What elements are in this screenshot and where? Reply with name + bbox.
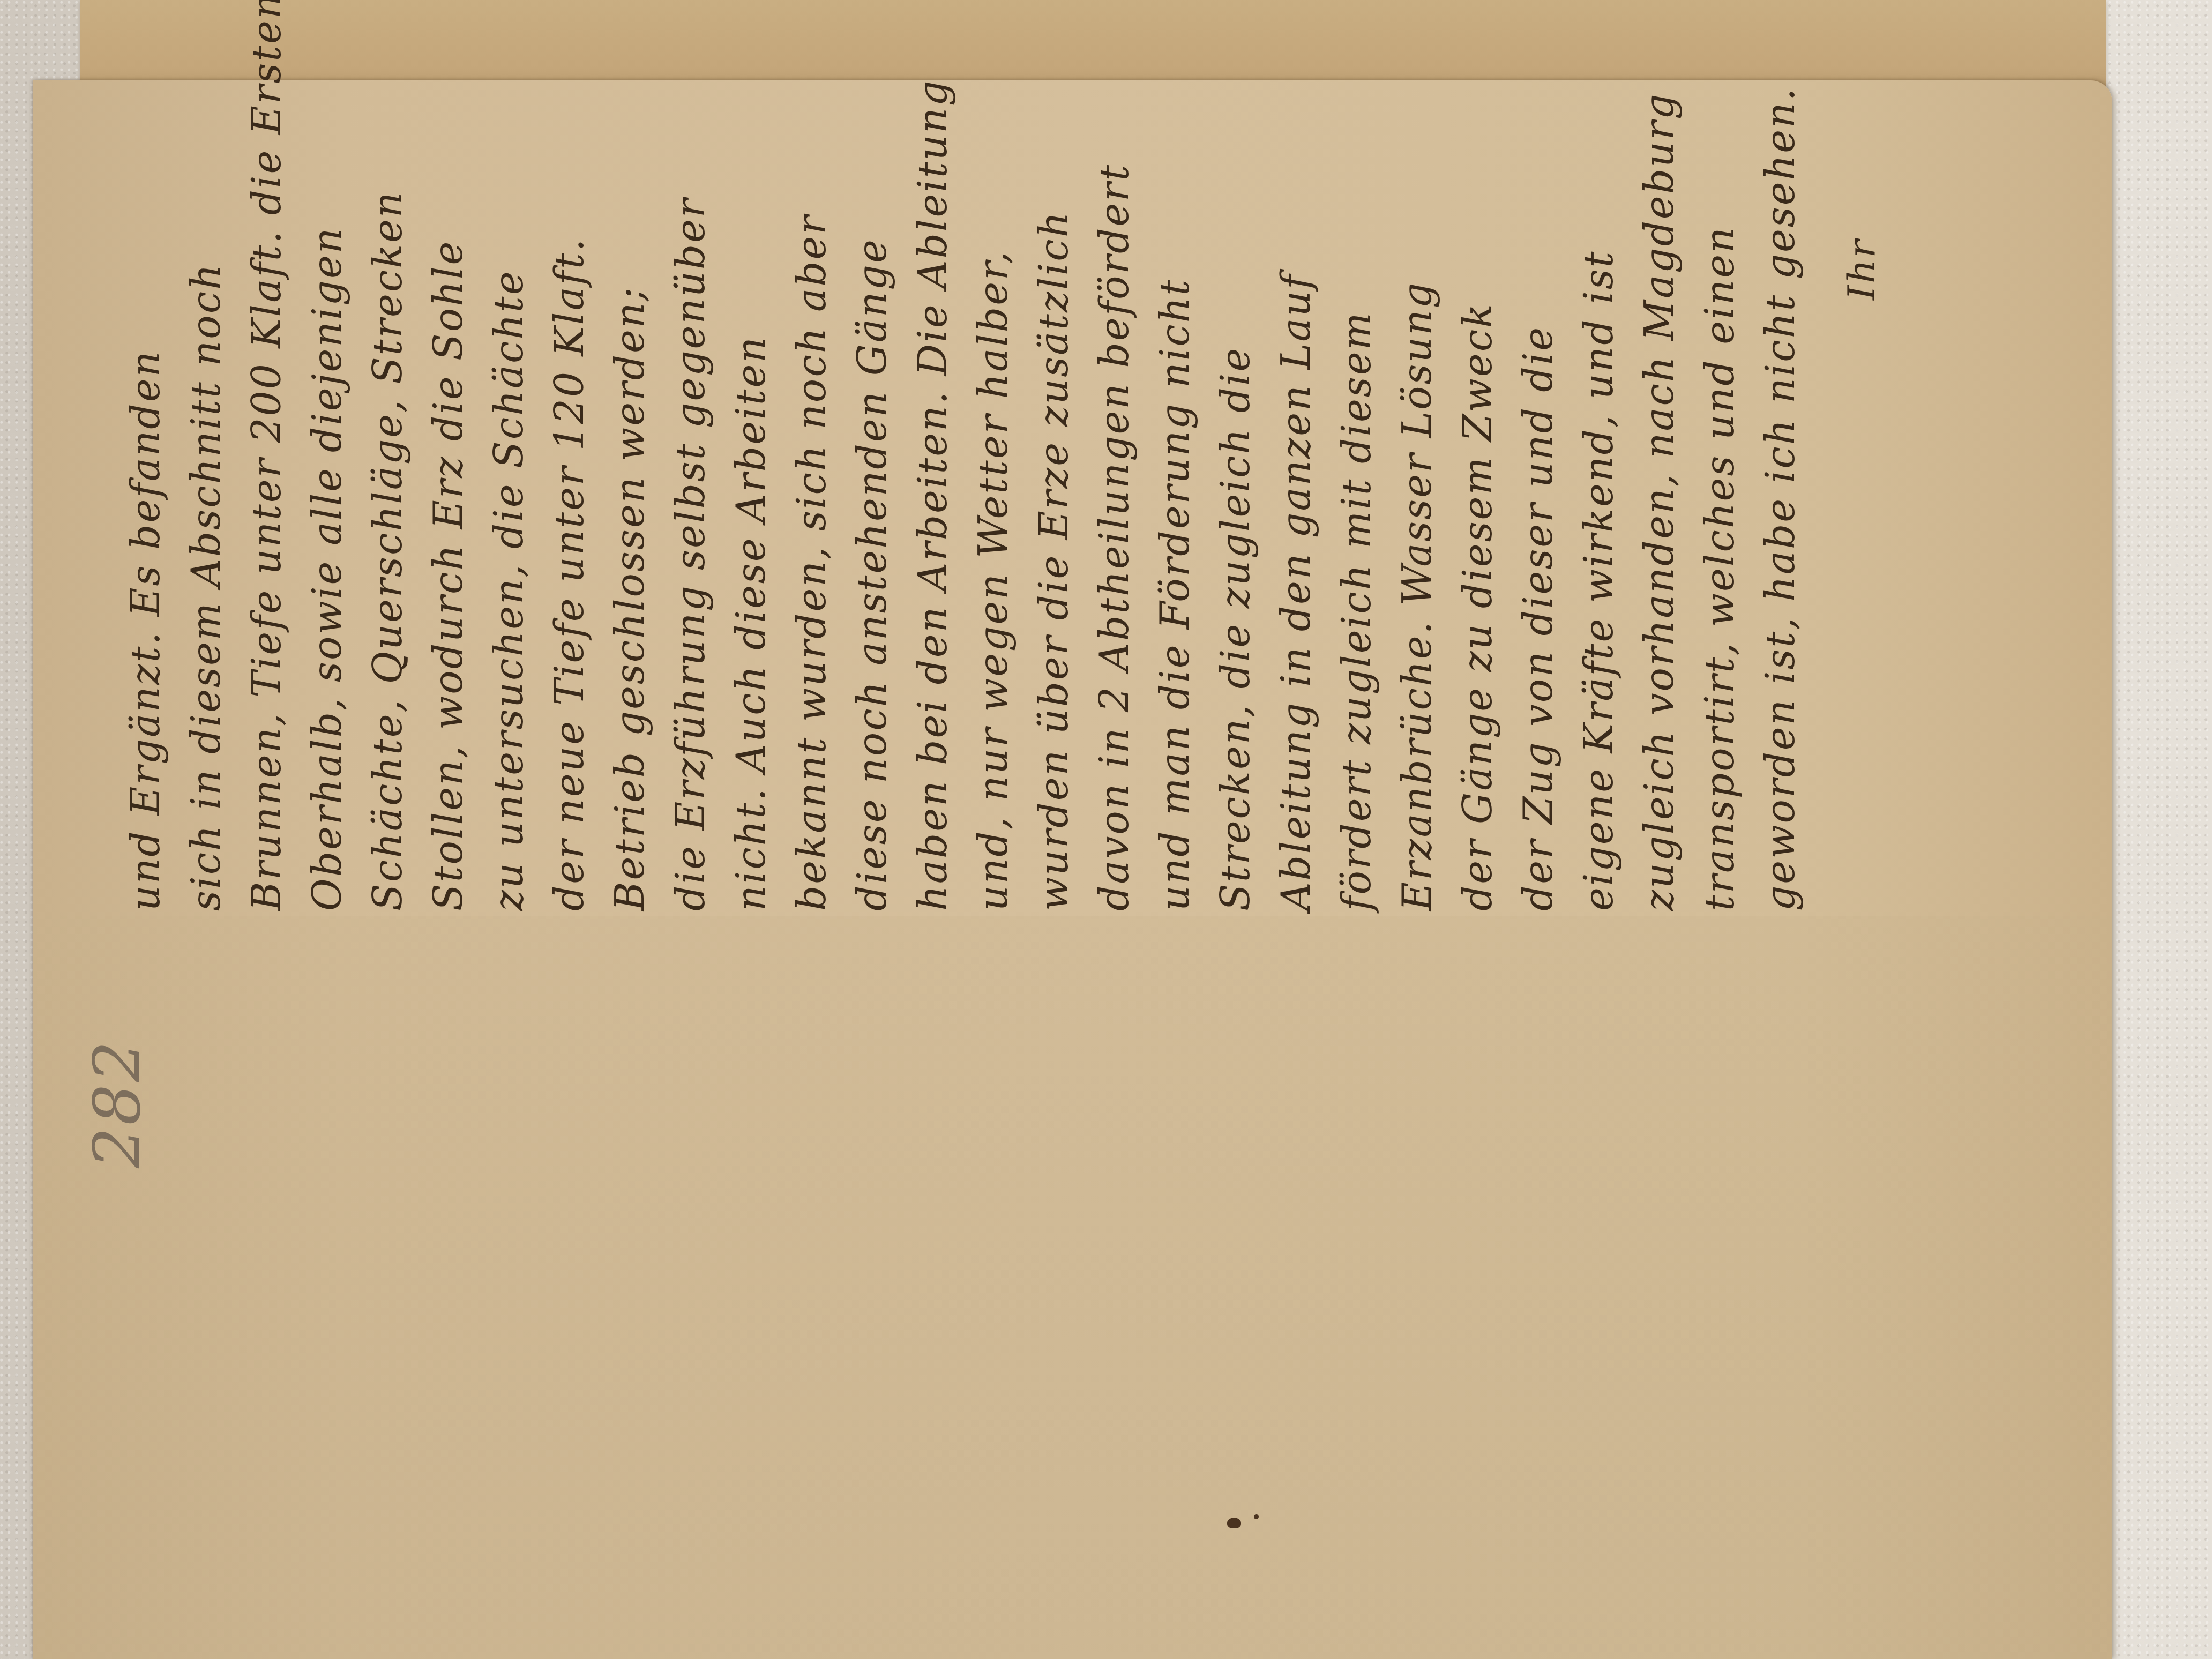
manuscript-line: zugleich vorhanden, nach Magdeburg bbox=[1640, 93, 1679, 911]
manuscript-line: und man die Förderung nicht bbox=[1155, 278, 1195, 911]
manuscript-line: haben bei den Arbeiten. Die Ableitung bbox=[913, 79, 953, 911]
manuscript-line: Erzanbrüche. Wasser Lösung bbox=[1398, 281, 1437, 911]
manuscript-line: die Erzführung selbst gegenüber bbox=[671, 197, 711, 911]
manuscript-line: Stollen, wodurch Erz die Sohle bbox=[429, 240, 468, 911]
manuscript-line: nicht. Auch diese Arbeiten bbox=[731, 335, 771, 911]
manuscript-line: fördert zugleich mit diesem bbox=[1337, 311, 1377, 911]
manuscript-line: der Zug von dieser und die bbox=[1519, 326, 1558, 911]
manuscript-line: sich in diesem Abschnitt noch bbox=[186, 263, 226, 911]
manuscript-line: und, nur wegen Wetter halber, bbox=[974, 250, 1013, 911]
manuscript-line: der Gänge zu diesem Zweck bbox=[1458, 302, 1498, 911]
manuscript-line: der neue Tiefe unter 120 Klaft. bbox=[550, 237, 589, 911]
manuscript-line: geworden ist, habe ich nicht gesehen. bbox=[1761, 87, 1800, 911]
page-lower-blank-area bbox=[33, 916, 2112, 1659]
manuscript-line: diese noch anstehenden Gänge bbox=[853, 238, 892, 911]
manuscript-line: eigene Kräfte wirkend, und ist bbox=[1579, 250, 1619, 911]
manuscript-line: Strecken, die zugleich die bbox=[1216, 347, 1256, 911]
manuscript-line: Brunnen, Tiefe unter 200 Klaft. die Erst… bbox=[247, 0, 287, 911]
manuscript-line: zu untersuchen, die Schächte bbox=[489, 270, 529, 911]
manuscript-line: wurden über die Erze zusätzlich bbox=[1034, 211, 1074, 911]
manuscript-line: Betrieb geschlossen werden; bbox=[610, 286, 650, 911]
page-number: 282 bbox=[80, 1039, 155, 1168]
ink-blot bbox=[1227, 1518, 1241, 1528]
signature-line: Ihr bbox=[1843, 238, 1880, 300]
manuscript-line: transportirt, welches und einen bbox=[1700, 226, 1740, 911]
manuscript-line: und Ergänzt. Es befanden bbox=[126, 350, 166, 911]
manuscript-line: bekannt wurden, sich noch aber bbox=[792, 214, 832, 911]
underlying-page-edge bbox=[80, 0, 2106, 91]
manuscript-line: davon in 2 Abtheilungen befördert bbox=[1095, 163, 1134, 911]
manuscript-line: Oberhalb, sowie alle diejenigen bbox=[308, 227, 347, 911]
manuscript-line: Ableitung in den ganzen Lauf bbox=[1276, 273, 1316, 911]
manuscript-line: Schächte, Querschläge, Strecken bbox=[368, 191, 408, 911]
ink-dot bbox=[1254, 1514, 1259, 1519]
